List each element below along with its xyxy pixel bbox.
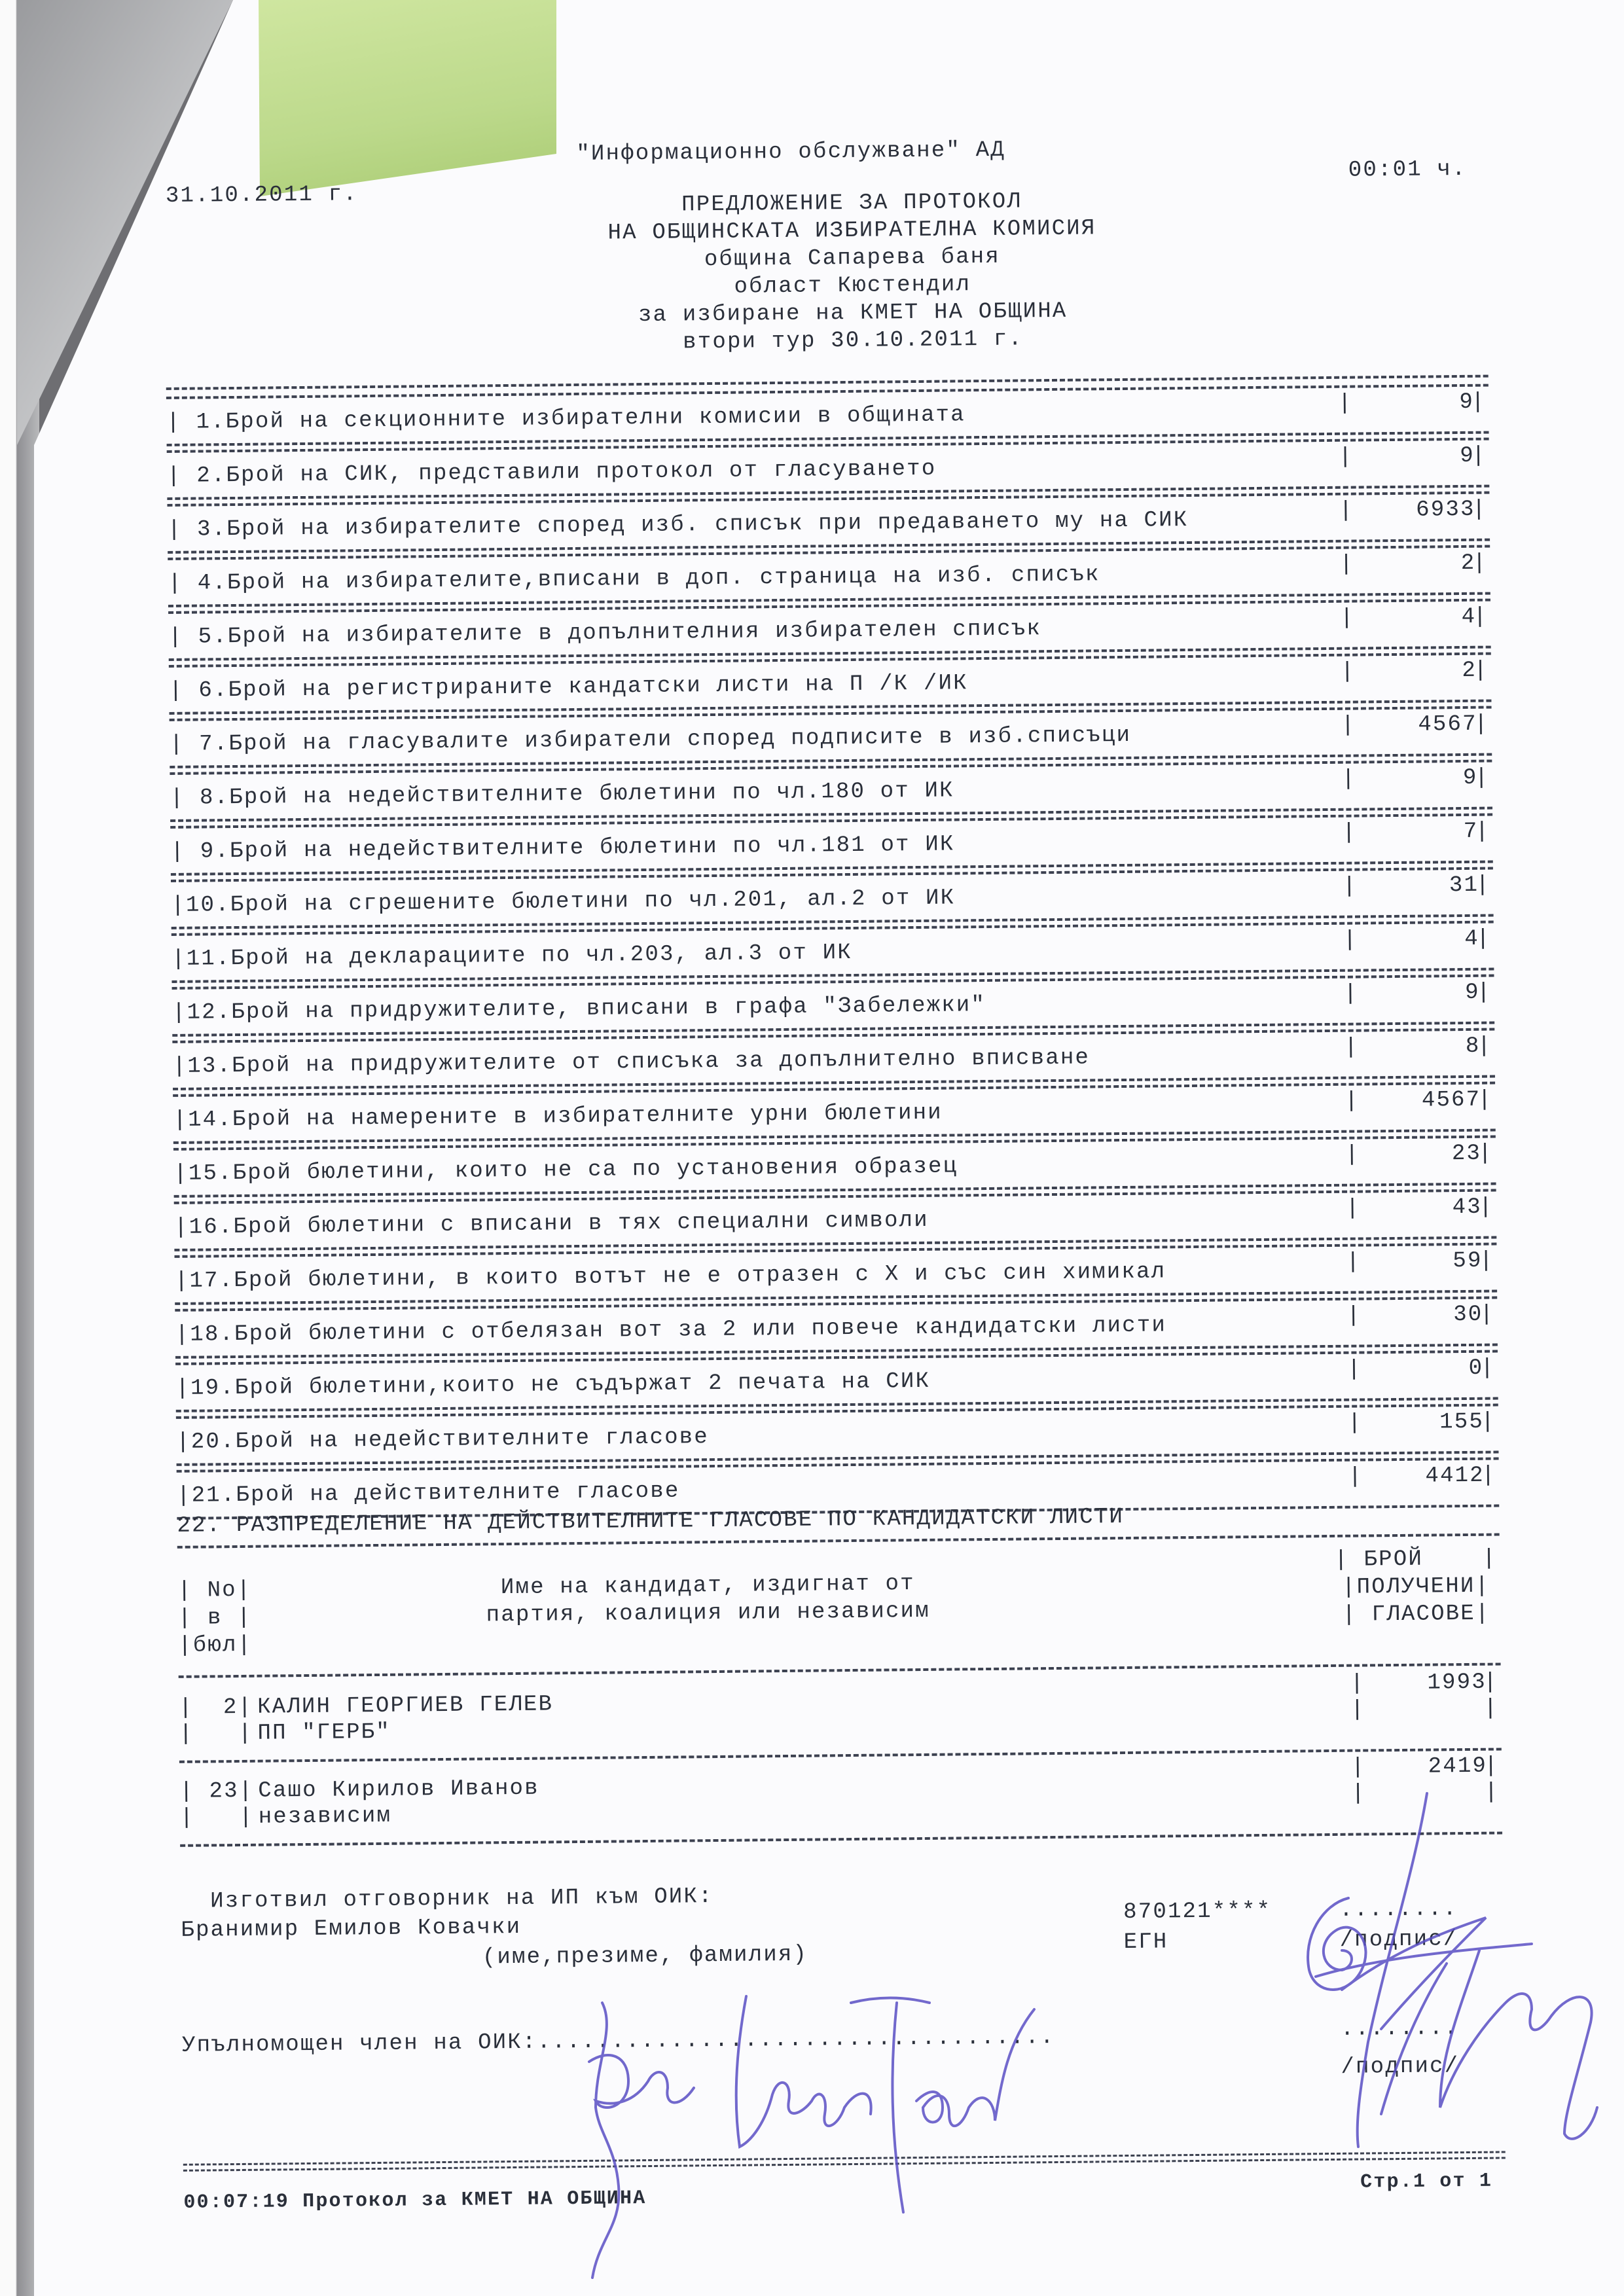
- row-label: |21.Брой на действителните гласове: [177, 1479, 680, 1509]
- row-label: |10.Брой на сгрешените бюлетини по чл.20…: [171, 885, 955, 918]
- column-separator: |: [1347, 1357, 1362, 1383]
- column-separator: |: [1477, 980, 1492, 1006]
- row-value: 59: [1453, 1248, 1483, 1274]
- footer-protocol-label: 00:07:19 Протокол за КМЕТ НА ОБЩИНА: [183, 2185, 646, 2216]
- column-separator: |: [1473, 550, 1488, 577]
- column-separator: |: [1472, 497, 1487, 523]
- column-separator: |: [1342, 820, 1357, 846]
- column-separator: |: [1339, 444, 1354, 471]
- column-separator: |: [1480, 1355, 1495, 1382]
- candidate-votes: 1993: [1427, 1670, 1487, 1696]
- column-separator: |: [1346, 1249, 1361, 1276]
- egn-value: 870121****: [1123, 1898, 1271, 1926]
- column-header-candidate: Име на кандидат, издигнат отпартия, коал…: [413, 1570, 1003, 1630]
- row-value: 4412: [1425, 1463, 1485, 1490]
- row-label: |20.Брой на недействителните гласове: [176, 1424, 709, 1456]
- column-separator: |: [1475, 819, 1490, 845]
- column-separator: |: [1479, 1248, 1494, 1274]
- row-label: | 3.Брой на избирателите според изб. спи…: [168, 507, 1189, 543]
- candidate-row: | 2|| |КАЛИН ГЕОРГИЕВ ГЕЛЕВПП "ГЕРБ"| |1…: [179, 1670, 1502, 1761]
- column-separator: |: [1471, 443, 1487, 469]
- row-label: |19.Брой бюлетини,които не съдържат 2 пе…: [175, 1369, 930, 1402]
- row-label: | 2.Брой на СИК, представили протокол от…: [167, 456, 937, 490]
- column-separator: |: [1478, 1141, 1493, 1167]
- column-separator: |: [1476, 926, 1491, 952]
- column-separator: |: [1346, 1303, 1362, 1329]
- column-separator: |: [1481, 1463, 1496, 1489]
- candidate-name: КАЛИН ГЕОРГИЕВ ГЕЛЕВ: [257, 1691, 553, 1720]
- column-separator: |: [1341, 659, 1356, 685]
- header-line: партия, коалиция или независим: [414, 1597, 1003, 1630]
- signature-dots: ........: [1341, 2015, 1459, 2043]
- column-separator: |: [1473, 604, 1488, 630]
- column-separator: |: [1341, 766, 1356, 793]
- column-separator: |: [1340, 605, 1355, 632]
- column-separator: |: [1474, 711, 1489, 738]
- column-separator: | |: [180, 1804, 254, 1831]
- column-separator: |: [1344, 1088, 1360, 1115]
- company-name: "Информационно обслужване" АД: [576, 137, 1005, 168]
- column-separator: | |: [179, 1721, 253, 1748]
- candidate-votes: 2419: [1428, 1753, 1487, 1780]
- row-label: | 1.Брой на секционните избирателни коми…: [166, 402, 965, 436]
- name-hint: (име,презиме, фамилия): [482, 1942, 808, 1971]
- column-separator: | |: [1483, 1670, 1498, 1722]
- row-label: |16.Брой бюлетини с вписани в тях специа…: [174, 1208, 929, 1241]
- row-label: |12.Брой на придружителите, вписани в гр…: [172, 992, 986, 1026]
- candidate-table-header: | No|| в ||бюл|Име на кандидат, издигнат…: [177, 1539, 1500, 1656]
- row-label: |14.Брой на намерените в избирателните у…: [173, 1100, 943, 1134]
- row-value: 4567: [1418, 711, 1477, 738]
- column-separator: | |: [1350, 1670, 1365, 1723]
- column-separator: |: [1345, 1142, 1360, 1168]
- header-line: | БРОЙ |: [1334, 1545, 1497, 1574]
- row-value: 155: [1439, 1409, 1484, 1436]
- candidate-party: независим: [259, 1803, 392, 1831]
- prepared-by-label: Изготвил отговорник на ИП към ОИК:: [181, 1884, 713, 1915]
- row-value: 4567: [1422, 1087, 1481, 1114]
- row-label: | 9.Брой на недействителните бюлетини по…: [170, 831, 954, 865]
- egn-label: ЕГН: [1123, 1929, 1168, 1956]
- row-label: |17.Брой бюлетини, в които вотът не е от…: [175, 1259, 1166, 1295]
- column-separator: |: [1478, 1087, 1493, 1113]
- prepared-by-name: Бранимир Емилов Ковачки: [181, 1914, 521, 1944]
- candidate-row: | 23|| |Сашо Кирилов Ивановнезависим| |2…: [179, 1753, 1502, 1844]
- column-separator: |: [1343, 927, 1358, 954]
- column-separator: | |: [1484, 1753, 1499, 1806]
- column-separator: |: [1339, 498, 1354, 524]
- header-line: | ГЛАСОВЕ|: [1335, 1600, 1498, 1629]
- row-label: |11.Брой на декларациите по чл.203, ал.3…: [171, 940, 852, 973]
- signature-hint: /подпис/: [1339, 1926, 1458, 1954]
- row-label: | 5.Брой на избирателите в допълнителния…: [168, 616, 1041, 651]
- page-number: Стр.1 от 1: [1360, 2168, 1492, 2196]
- candidate-party: ПП "ГЕРБ": [257, 1719, 391, 1747]
- print-time: 00:01 ч.: [1348, 156, 1467, 184]
- column-separator: |: [1475, 765, 1490, 791]
- column-separator: |: [1338, 391, 1353, 417]
- row-label: | 6.Брой на регистрираните кандатски лис…: [169, 670, 968, 704]
- row-value: 23: [1452, 1141, 1482, 1167]
- column-separator: |: [1346, 1196, 1361, 1222]
- column-separator: |: [1479, 1194, 1494, 1221]
- column-separator: |: [1343, 874, 1358, 900]
- row-label: |18.Брой бюлетини с отбелязан вот за 2 и…: [175, 1312, 1166, 1348]
- column-separator: |: [1475, 872, 1490, 899]
- column-separator: |: [1471, 389, 1486, 416]
- ballot-number: | 23|: [179, 1778, 253, 1805]
- signature-hint: /подпис/: [1341, 2053, 1459, 2081]
- row-label: |15.Брой бюлетини, които не са по устано…: [173, 1153, 958, 1187]
- column-separator: |: [1348, 1410, 1363, 1437]
- row-label: | 4.Брой на избирателите,вписани в доп. …: [168, 562, 1100, 597]
- header-line: | в |: [178, 1604, 252, 1632]
- candidate-name: Сашо Кирилов Иванов: [258, 1776, 539, 1804]
- column-separator: |: [1348, 1464, 1363, 1490]
- column-separator: |: [1480, 1302, 1495, 1328]
- row-label: | 7.Брой на гласувалите избиратели споре…: [170, 723, 1132, 758]
- row-value: 30: [1453, 1302, 1483, 1328]
- column-header-votes: | БРОЙ ||ПОЛУЧЕНИ|| ГЛАСОВЕ|: [1334, 1545, 1498, 1629]
- column-separator: |: [1477, 1033, 1492, 1060]
- column-separator: |: [1339, 552, 1354, 578]
- signature-dots: ........: [1339, 1896, 1458, 1924]
- column-separator: |: [1344, 981, 1359, 1007]
- row-value: 31: [1449, 872, 1479, 899]
- ballot-number: | 2|: [179, 1695, 253, 1721]
- header-line: |бюл|: [178, 1632, 252, 1660]
- header-line: |ПОЛУЧЕНИ|: [1335, 1573, 1498, 1602]
- row-value: 6933: [1416, 497, 1475, 524]
- column-separator: |: [1481, 1409, 1496, 1435]
- header-line: | No|: [177, 1577, 251, 1605]
- column-header-number: | No|| в ||бюл|: [177, 1577, 252, 1660]
- row-label: |13.Брой на придружителите от списъка за…: [173, 1045, 1091, 1079]
- row-label: | 8.Брой на недействителните бюлетини по…: [170, 778, 954, 811]
- document-title: ПРЕДЛОЖЕНИЕ ЗА ПРОТОКОЛ НА ОБЩИНСКАТА ИЗ…: [164, 184, 1488, 361]
- column-separator: | |: [1351, 1754, 1366, 1806]
- column-separator: |: [1473, 658, 1489, 684]
- column-separator: |: [1344, 1035, 1359, 1061]
- column-separator: |: [1341, 713, 1356, 739]
- row-value: 43: [1452, 1194, 1482, 1221]
